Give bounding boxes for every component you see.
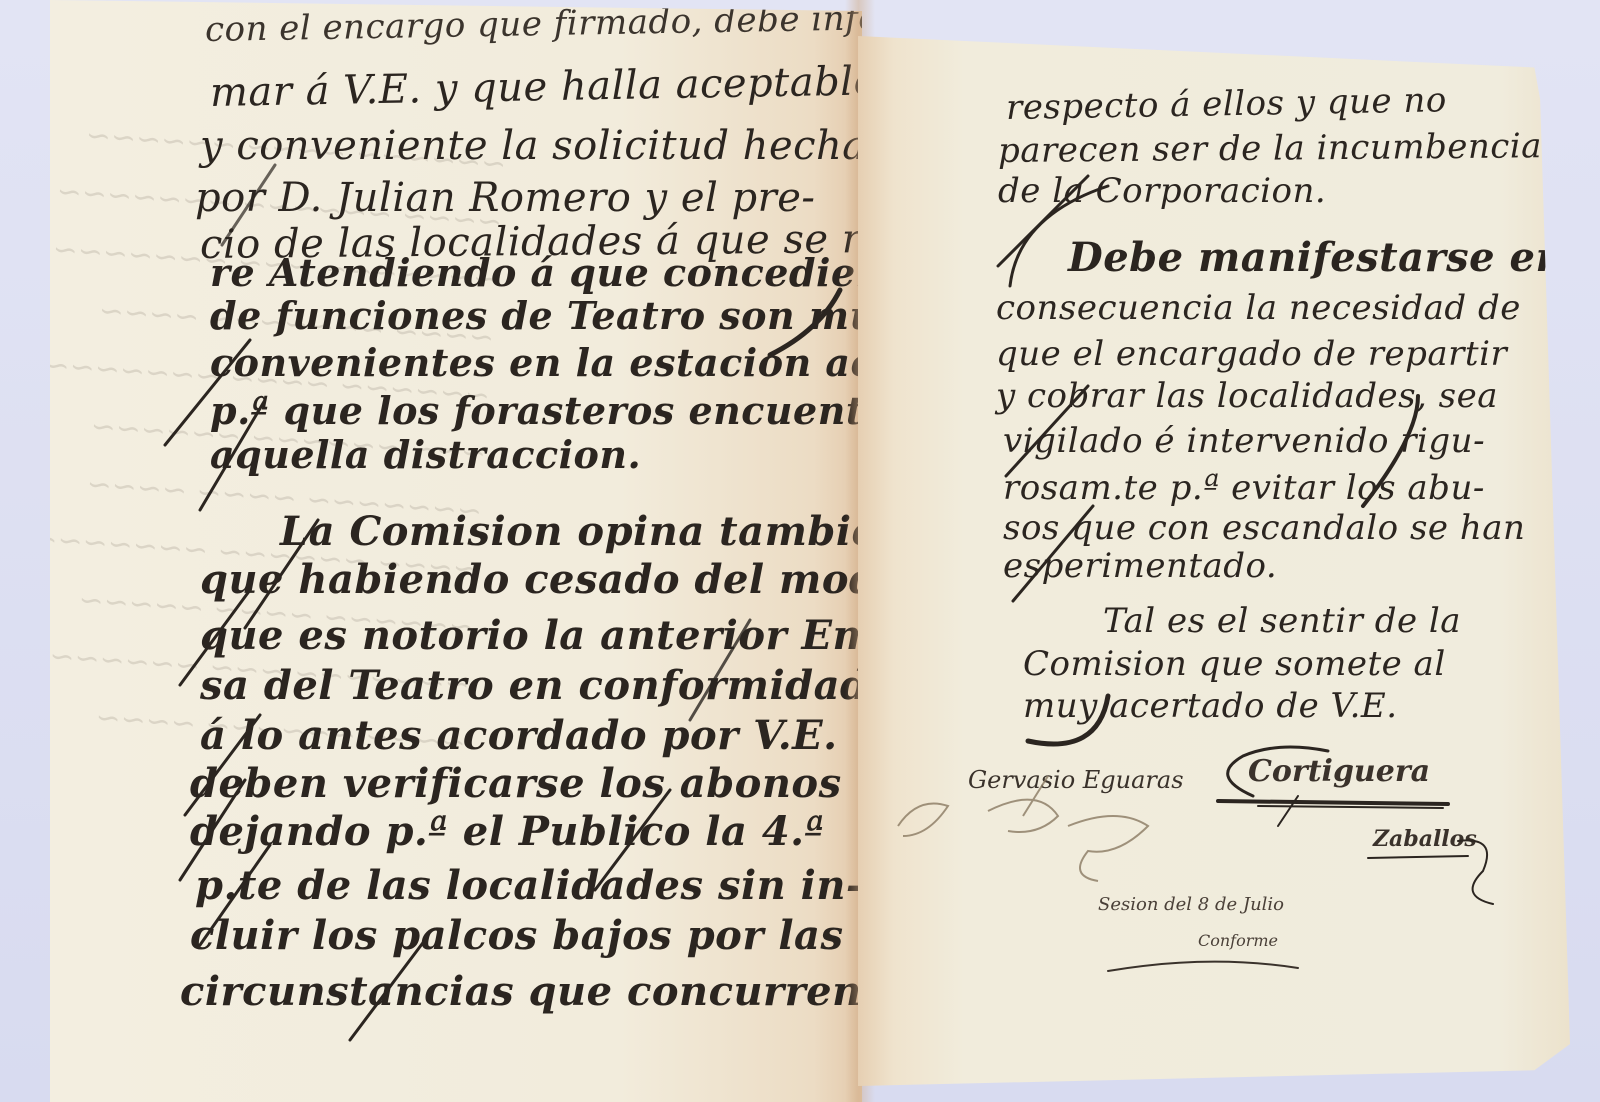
left-manuscript-page: ~~~~~~ ~~~~ ~~~~~~ ~~~~ ~~~~~~ ~~~~~~~ ~… bbox=[50, 0, 862, 1102]
manuscript-line: circunstancias que concurren bbox=[180, 968, 862, 1015]
manuscript-line: La Comision opina tambien bbox=[280, 508, 862, 555]
session-note: Sesion del 8 de Julio bbox=[1098, 894, 1284, 915]
manuscript-line: consecuencia la necesidad de bbox=[996, 288, 1521, 328]
signature-cortiguera: Cortiguera bbox=[1248, 754, 1430, 789]
manuscript-line: respecto á ellos y que no bbox=[1006, 80, 1447, 128]
manuscript-line: vigilado é intervenido rigu- bbox=[1003, 421, 1485, 461]
manuscript-line: Tal es el sentir de la bbox=[1103, 601, 1461, 641]
manuscript-line: esperimentado. bbox=[1003, 546, 1277, 586]
signature-zaballos: Zaballos bbox=[1373, 826, 1477, 852]
manuscript-line: que es notorio la anterior Empre- bbox=[200, 612, 862, 659]
manuscript-line: de funciones de Teatro son muy bbox=[210, 293, 862, 338]
right-manuscript-page: respecto á ellos y que no parecen ser de… bbox=[858, 36, 1570, 1086]
manuscript-line: rosam.te p.ª evitar los abu- bbox=[1003, 468, 1485, 508]
manuscript-line: convenientes en la estacion actual bbox=[210, 340, 862, 385]
manuscript-line: aquella distraccion. bbox=[210, 432, 641, 477]
manuscript-line: de la Corporacion. bbox=[998, 171, 1326, 211]
manuscript-line: p.ª que los forasteros encuentren bbox=[210, 388, 862, 433]
manuscript-line: que habiendo cesado del modo bbox=[200, 556, 862, 603]
manuscript-line: sos que con escandalo se han bbox=[1003, 508, 1525, 548]
manuscript-line: re Atendiendo á que concediendose bbox=[210, 250, 862, 295]
manuscript-line: Debe manifestarse en bbox=[1068, 234, 1565, 281]
manuscript-line: á lo antes acordado por V.E. bbox=[200, 712, 838, 759]
session-note-initials: Conforme bbox=[1198, 931, 1278, 950]
manuscript-line: y conveniente la solicitud hecha bbox=[200, 123, 862, 169]
manuscript-line: por D. Julian Romero y el pre- bbox=[195, 175, 815, 221]
manuscript-line: que el encargado de repartir bbox=[996, 334, 1507, 374]
manuscript-line: mar á V.E. y que halla aceptable bbox=[210, 58, 862, 116]
manuscript-line: deben verificarse los abonos bbox=[190, 760, 842, 807]
manuscript-line: p.te de las localidades sin in- bbox=[195, 862, 862, 909]
manuscript-line: Comision que somete al bbox=[1023, 644, 1446, 684]
manuscript-line: cluir los palcos bajos por las bbox=[190, 912, 843, 959]
signature-eguaras: Gervasio Eguaras bbox=[968, 766, 1184, 794]
manuscript-line: dejando p.ª el Publico la 4.ª bbox=[190, 808, 825, 855]
manuscript-line: sa del Teatro en conformidad bbox=[200, 662, 862, 709]
manuscript-line: muy acertado de V.E. bbox=[1023, 686, 1398, 726]
manuscript-line: y cobrar las localidades, sea bbox=[996, 376, 1498, 416]
manuscript-line: parecen ser de la incumbencia bbox=[998, 126, 1542, 171]
